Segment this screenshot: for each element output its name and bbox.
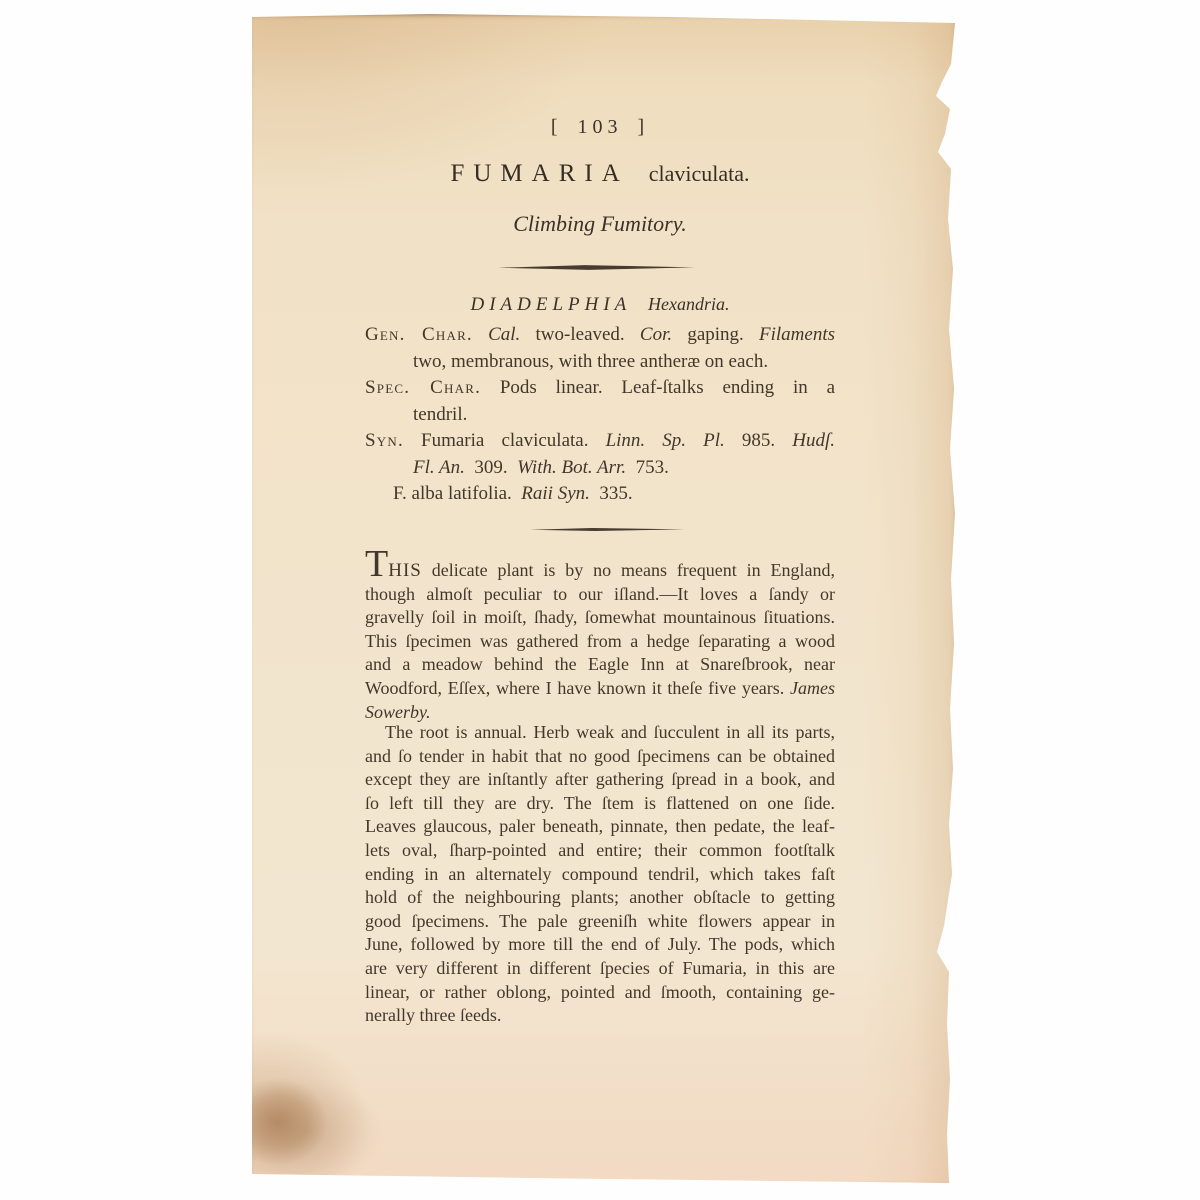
text-line: Fl. An. 309. With. Bot. Arr. 753. xyxy=(365,455,835,482)
text-segment: Pods linear. Leaf-ſtalks ending in a xyxy=(481,377,835,398)
text-segment: With. Bot. Arr. xyxy=(517,457,626,478)
text-segment: Hudſ. xyxy=(792,430,835,451)
text-segment: Woodford, Eſſex, where I have known it t… xyxy=(365,678,790,698)
text-segment: This ſpecimen was gathered from a hedge … xyxy=(365,631,835,651)
text-line: gravelly ſoil in moiſt, ſhady, ſomewhat … xyxy=(365,606,835,630)
text-segment: and a meadow behind the Eagle Inn at Sna… xyxy=(365,654,835,674)
scan-background: [ 103 ] FUMARIA claviculata. Climbing Fu… xyxy=(0,0,1200,1200)
text-segment: James xyxy=(790,678,835,698)
text-segment: gaping. xyxy=(672,324,759,345)
text-line: F. alba latifolia. Raii Syn. 335. xyxy=(365,481,835,508)
text-line: and ſo tender in habit that no good ſpec… xyxy=(365,745,835,769)
text-segment: Spec. Char. xyxy=(365,377,481,398)
text-segment: hold of the neighbouring plants; another… xyxy=(365,887,835,907)
paper-stain xyxy=(220,1068,390,1198)
text-segment: Fumaria claviculata. xyxy=(404,430,606,451)
text-segment: 335. xyxy=(590,483,633,504)
linnaean-order-name: Hexandria. xyxy=(648,294,729,314)
text-line: are very different in different ſpecies … xyxy=(365,957,835,981)
ornamental-rule-top xyxy=(498,265,695,270)
text-segment: gravelly ſoil in moiſt, ſhady, ſomewhat … xyxy=(365,607,835,627)
ornamental-rule-mid xyxy=(530,528,685,531)
text-segment: Cor. xyxy=(640,324,672,345)
species-title: FUMARIA claviculata. xyxy=(365,160,835,188)
text-line: and a meadow behind the Eagle Inn at Sna… xyxy=(365,653,835,677)
text-segment: are very different in different ſpecies … xyxy=(365,958,835,978)
text-segment: Linn. Sp. Pl. xyxy=(606,430,725,451)
text-line: hold of the neighbouring plants; another… xyxy=(365,886,835,910)
text-segment: June, followed by more till the end of J… xyxy=(365,934,835,954)
text-segment: Leaves glaucous, paler beneath, pinnate,… xyxy=(365,816,835,836)
text-line: Leaves glaucous, paler beneath, pinnate,… xyxy=(365,815,835,839)
page-number: [ 103 ] xyxy=(365,116,835,139)
text-segment: though almoſt peculiar to our iſland.—It… xyxy=(365,584,835,604)
text-segment: 753. xyxy=(626,457,669,478)
text-segment: except they are inſtantly after gatherin… xyxy=(365,769,835,789)
text-line: tendril. xyxy=(365,402,835,429)
characters-block: Gen. Char. Cal. two-leaved. Cor. gaping.… xyxy=(365,322,835,508)
text-segment: Cal. xyxy=(488,324,520,345)
text-line: Syn. Fumaria claviculata. Linn. Sp. Pl. … xyxy=(365,428,835,455)
text-line: two, membranous, with three antheræ on e… xyxy=(365,349,835,376)
text-segment: HIS xyxy=(388,560,422,581)
text-segment: Filaments xyxy=(759,324,835,345)
description-paragraph-2: The root is annual. Herb weak and ſuccul… xyxy=(365,721,835,1028)
text-line: ſo left till they are dry. The ſtem is f… xyxy=(365,792,835,816)
description-paragraph-1: THIS delicate plant is by no means frequ… xyxy=(365,553,835,724)
text-line: Woodford, Eſſex, where I have known it t… xyxy=(365,677,835,701)
text-segment: ending in an alternately compound tendri… xyxy=(365,864,835,884)
text-segment: and ſo tender in habit that no good ſpec… xyxy=(365,746,835,766)
text-segment: two-leaved. xyxy=(520,324,640,345)
text-segment: good ſpecimens. The pale greeniſh white … xyxy=(365,911,835,931)
text-line: The root is annual. Herb weak and ſuccul… xyxy=(365,721,835,745)
book-page: [ 103 ] FUMARIA claviculata. Climbing Fu… xyxy=(250,14,958,1185)
text-line: linear, or rather oblong, pointed and ſm… xyxy=(365,981,835,1005)
species-epithet: claviculata. xyxy=(649,161,750,186)
text-segment: ſo left till they are dry. The ſtem is f… xyxy=(365,793,835,813)
common-name-subtitle: Climbing Fumitory. xyxy=(365,211,835,237)
text-segment: nerally three ſeeds. xyxy=(365,1005,501,1025)
text-line: lets oval, ſharp-pointed and entire; the… xyxy=(365,839,835,863)
text-line: nerally three ſeeds. xyxy=(365,1004,835,1028)
text-line: THIS delicate plant is by no means frequ… xyxy=(365,553,835,583)
text-line: Gen. Char. Cal. two-leaved. Cor. gaping.… xyxy=(365,322,835,349)
text-segment: Sowerby. xyxy=(365,702,431,722)
text-segment: delicate plant is by no means frequent i… xyxy=(422,560,835,580)
text-segment: The root is annual. Herb weak and ſuccul… xyxy=(385,722,835,742)
text-line: except they are inſtantly after gatherin… xyxy=(365,768,835,792)
text-segment: tendril. xyxy=(413,404,467,425)
text-segment: lets oval, ſharp-pointed and entire; the… xyxy=(365,840,835,860)
text-segment: 309. xyxy=(465,457,517,478)
text-line: This ſpecimen was gathered from a hedge … xyxy=(365,630,835,654)
text-line: June, followed by more till the end of J… xyxy=(365,933,835,957)
text-segment: Raii Syn. xyxy=(521,483,590,504)
linnaean-class-name: DIADELPHIA xyxy=(470,294,631,315)
classification-line: DIADELPHIA Hexandria. xyxy=(365,294,835,316)
text-segment: linear, or rather oblong, pointed and ſm… xyxy=(365,982,835,1002)
text-line: Spec. Char. Pods linear. Leaf-ſtalks end… xyxy=(365,375,835,402)
text-segment: Gen. Char. xyxy=(365,324,473,345)
text-segment: F. alba latifolia. xyxy=(393,483,521,504)
text-line: good ſpecimens. The pale greeniſh white … xyxy=(365,910,835,934)
text-segment: two, membranous, with three antheræ on e… xyxy=(413,351,768,372)
text-line: ending in an alternately compound tendri… xyxy=(365,863,835,887)
text-segment: 985. xyxy=(725,430,792,451)
text-segment: T xyxy=(365,543,388,585)
text-line: though almoſt peculiar to our iſland.—It… xyxy=(365,583,835,607)
genus-name: FUMARIA xyxy=(450,160,628,187)
text-segment: Syn. xyxy=(365,430,404,451)
text-segment: Fl. An. xyxy=(413,457,465,478)
text-segment xyxy=(473,324,488,345)
